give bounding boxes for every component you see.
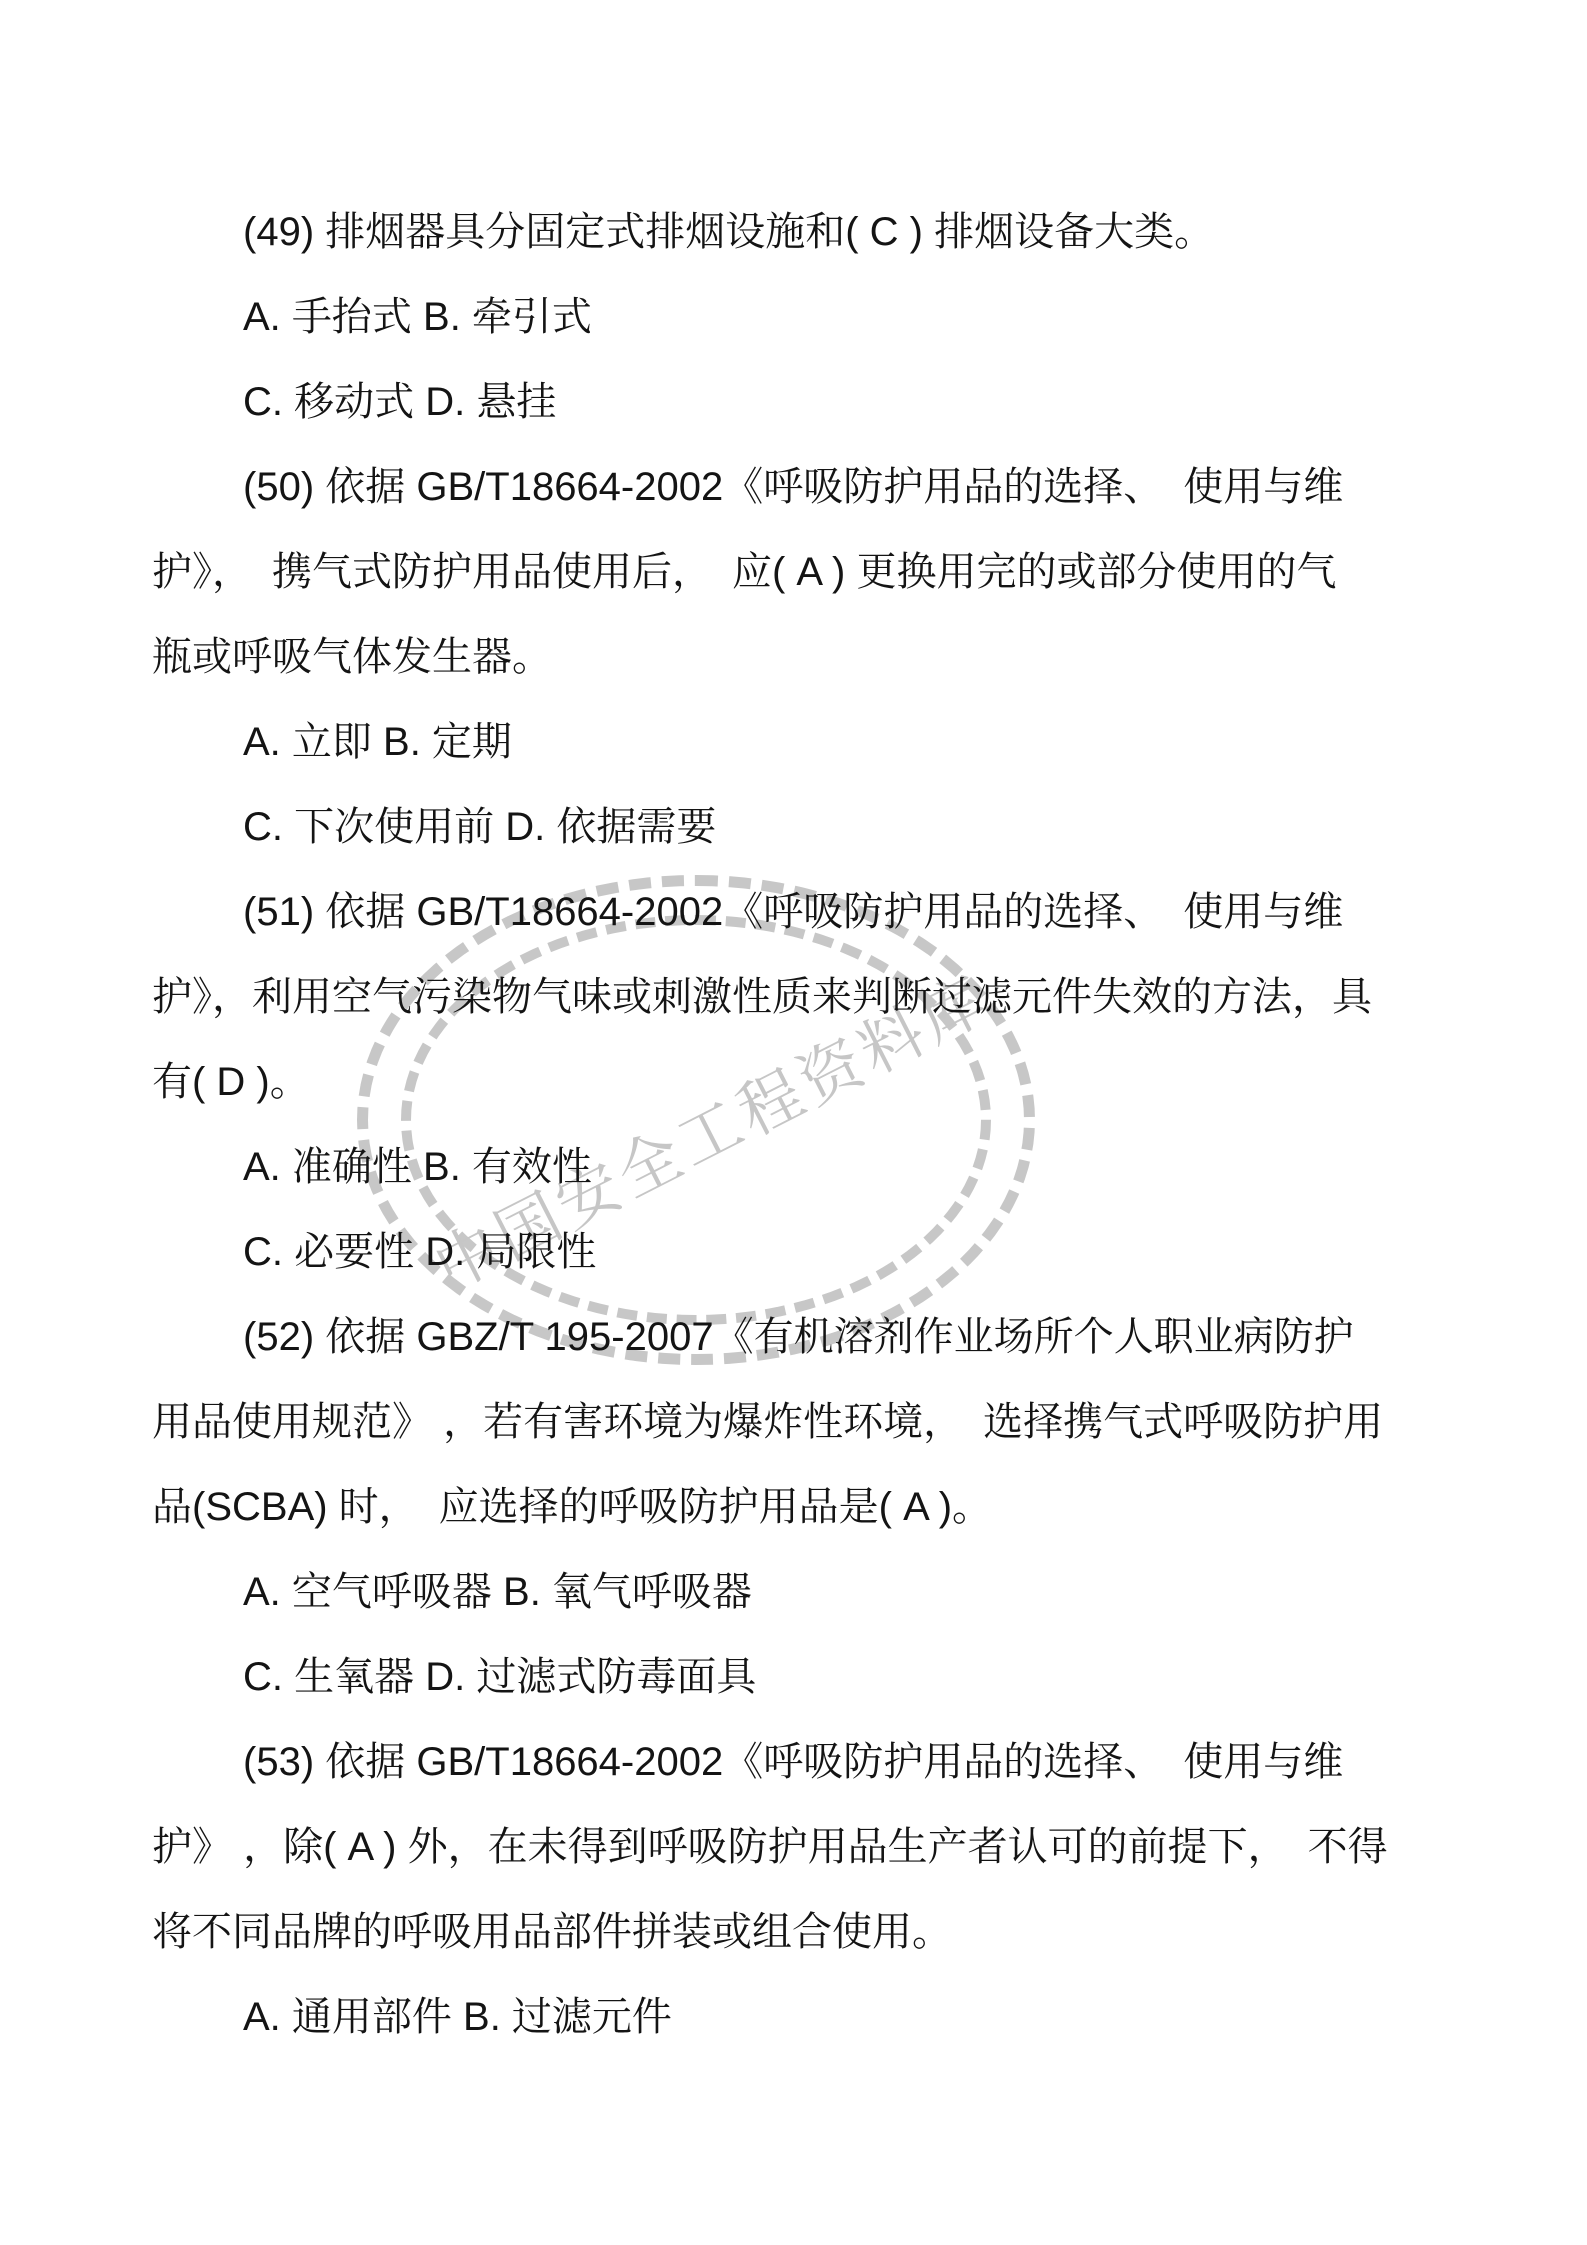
q53-options-ab: A. 通用部件 B. 过滤元件 bbox=[152, 1975, 1447, 2060]
q52-options-cd: C. 生氧器 D. 过滤式防毒面具 bbox=[152, 1635, 1447, 1720]
q51-stem-line-2: 护》，利用空气污染物气味或刺激性质来判断过滤元件失效的方法，具 bbox=[152, 955, 1447, 1040]
q51-stem-line-1: (51) 依据 GB/T18664-2002《呼吸防护用品的选择、 使用与维 bbox=[152, 870, 1447, 955]
q50-stem-line-1: (50) 依据 GB/T18664-2002《呼吸防护用品的选择、 使用与维 bbox=[152, 445, 1447, 530]
q52-stem-line-2: 用品使用规范》 ，若有害环境为爆炸性环境， 选择携气式呼吸防护用 bbox=[152, 1380, 1447, 1465]
document-page: 中国安全工程资料库 (49) 排烟器具分固定式排烟设施和( C ) 排烟设备大类… bbox=[0, 0, 1587, 2245]
q51-options-cd: C. 必要性 D. 局限性 bbox=[152, 1210, 1447, 1295]
q53-stem-line-3: 将不同品牌的呼吸用品部件拼装或组合使用。 bbox=[152, 1890, 1447, 1975]
q49-options-ab: A. 手抬式 B. 牵引式 bbox=[152, 275, 1447, 360]
q53-stem-line-2: 护》 ，除( A ) 外，在未得到呼吸防护用品生产者认可的前提下， 不得 bbox=[152, 1805, 1447, 1890]
q50-options-ab: A. 立即 B. 定期 bbox=[152, 700, 1447, 785]
q52-options-ab: A. 空气呼吸器 B. 氧气呼吸器 bbox=[152, 1550, 1447, 1635]
q51-options-ab: A. 准确性 B. 有效性 bbox=[152, 1125, 1447, 1210]
q49-options-cd: C. 移动式 D. 悬挂 bbox=[152, 360, 1447, 445]
q52-stem-line-1: (52) 依据 GBZ/T 195-2007《有机溶剂作业场所个人职业病防护 bbox=[152, 1295, 1447, 1380]
q52-stem-line-3: 品(SCBA) 时， 应选择的呼吸防护用品是( A )。 bbox=[152, 1465, 1447, 1550]
q50-stem-line-2: 护》， 携气式防护用品使用后， 应( A ) 更换用完的或部分使用的气 bbox=[152, 530, 1447, 615]
exam-text-block: (49) 排烟器具分固定式排烟设施和( C ) 排烟设备大类。 A. 手抬式 B… bbox=[152, 190, 1447, 2060]
q53-stem-line-1: (53) 依据 GB/T18664-2002《呼吸防护用品的选择、 使用与维 bbox=[152, 1720, 1447, 1805]
q50-options-cd: C. 下次使用前 D. 依据需要 bbox=[152, 785, 1447, 870]
q51-stem-line-3: 有( D )。 bbox=[152, 1040, 1447, 1125]
q50-stem-line-3: 瓶或呼吸气体发生器。 bbox=[152, 615, 1447, 700]
q49-stem: (49) 排烟器具分固定式排烟设施和( C ) 排烟设备大类。 bbox=[152, 190, 1447, 275]
